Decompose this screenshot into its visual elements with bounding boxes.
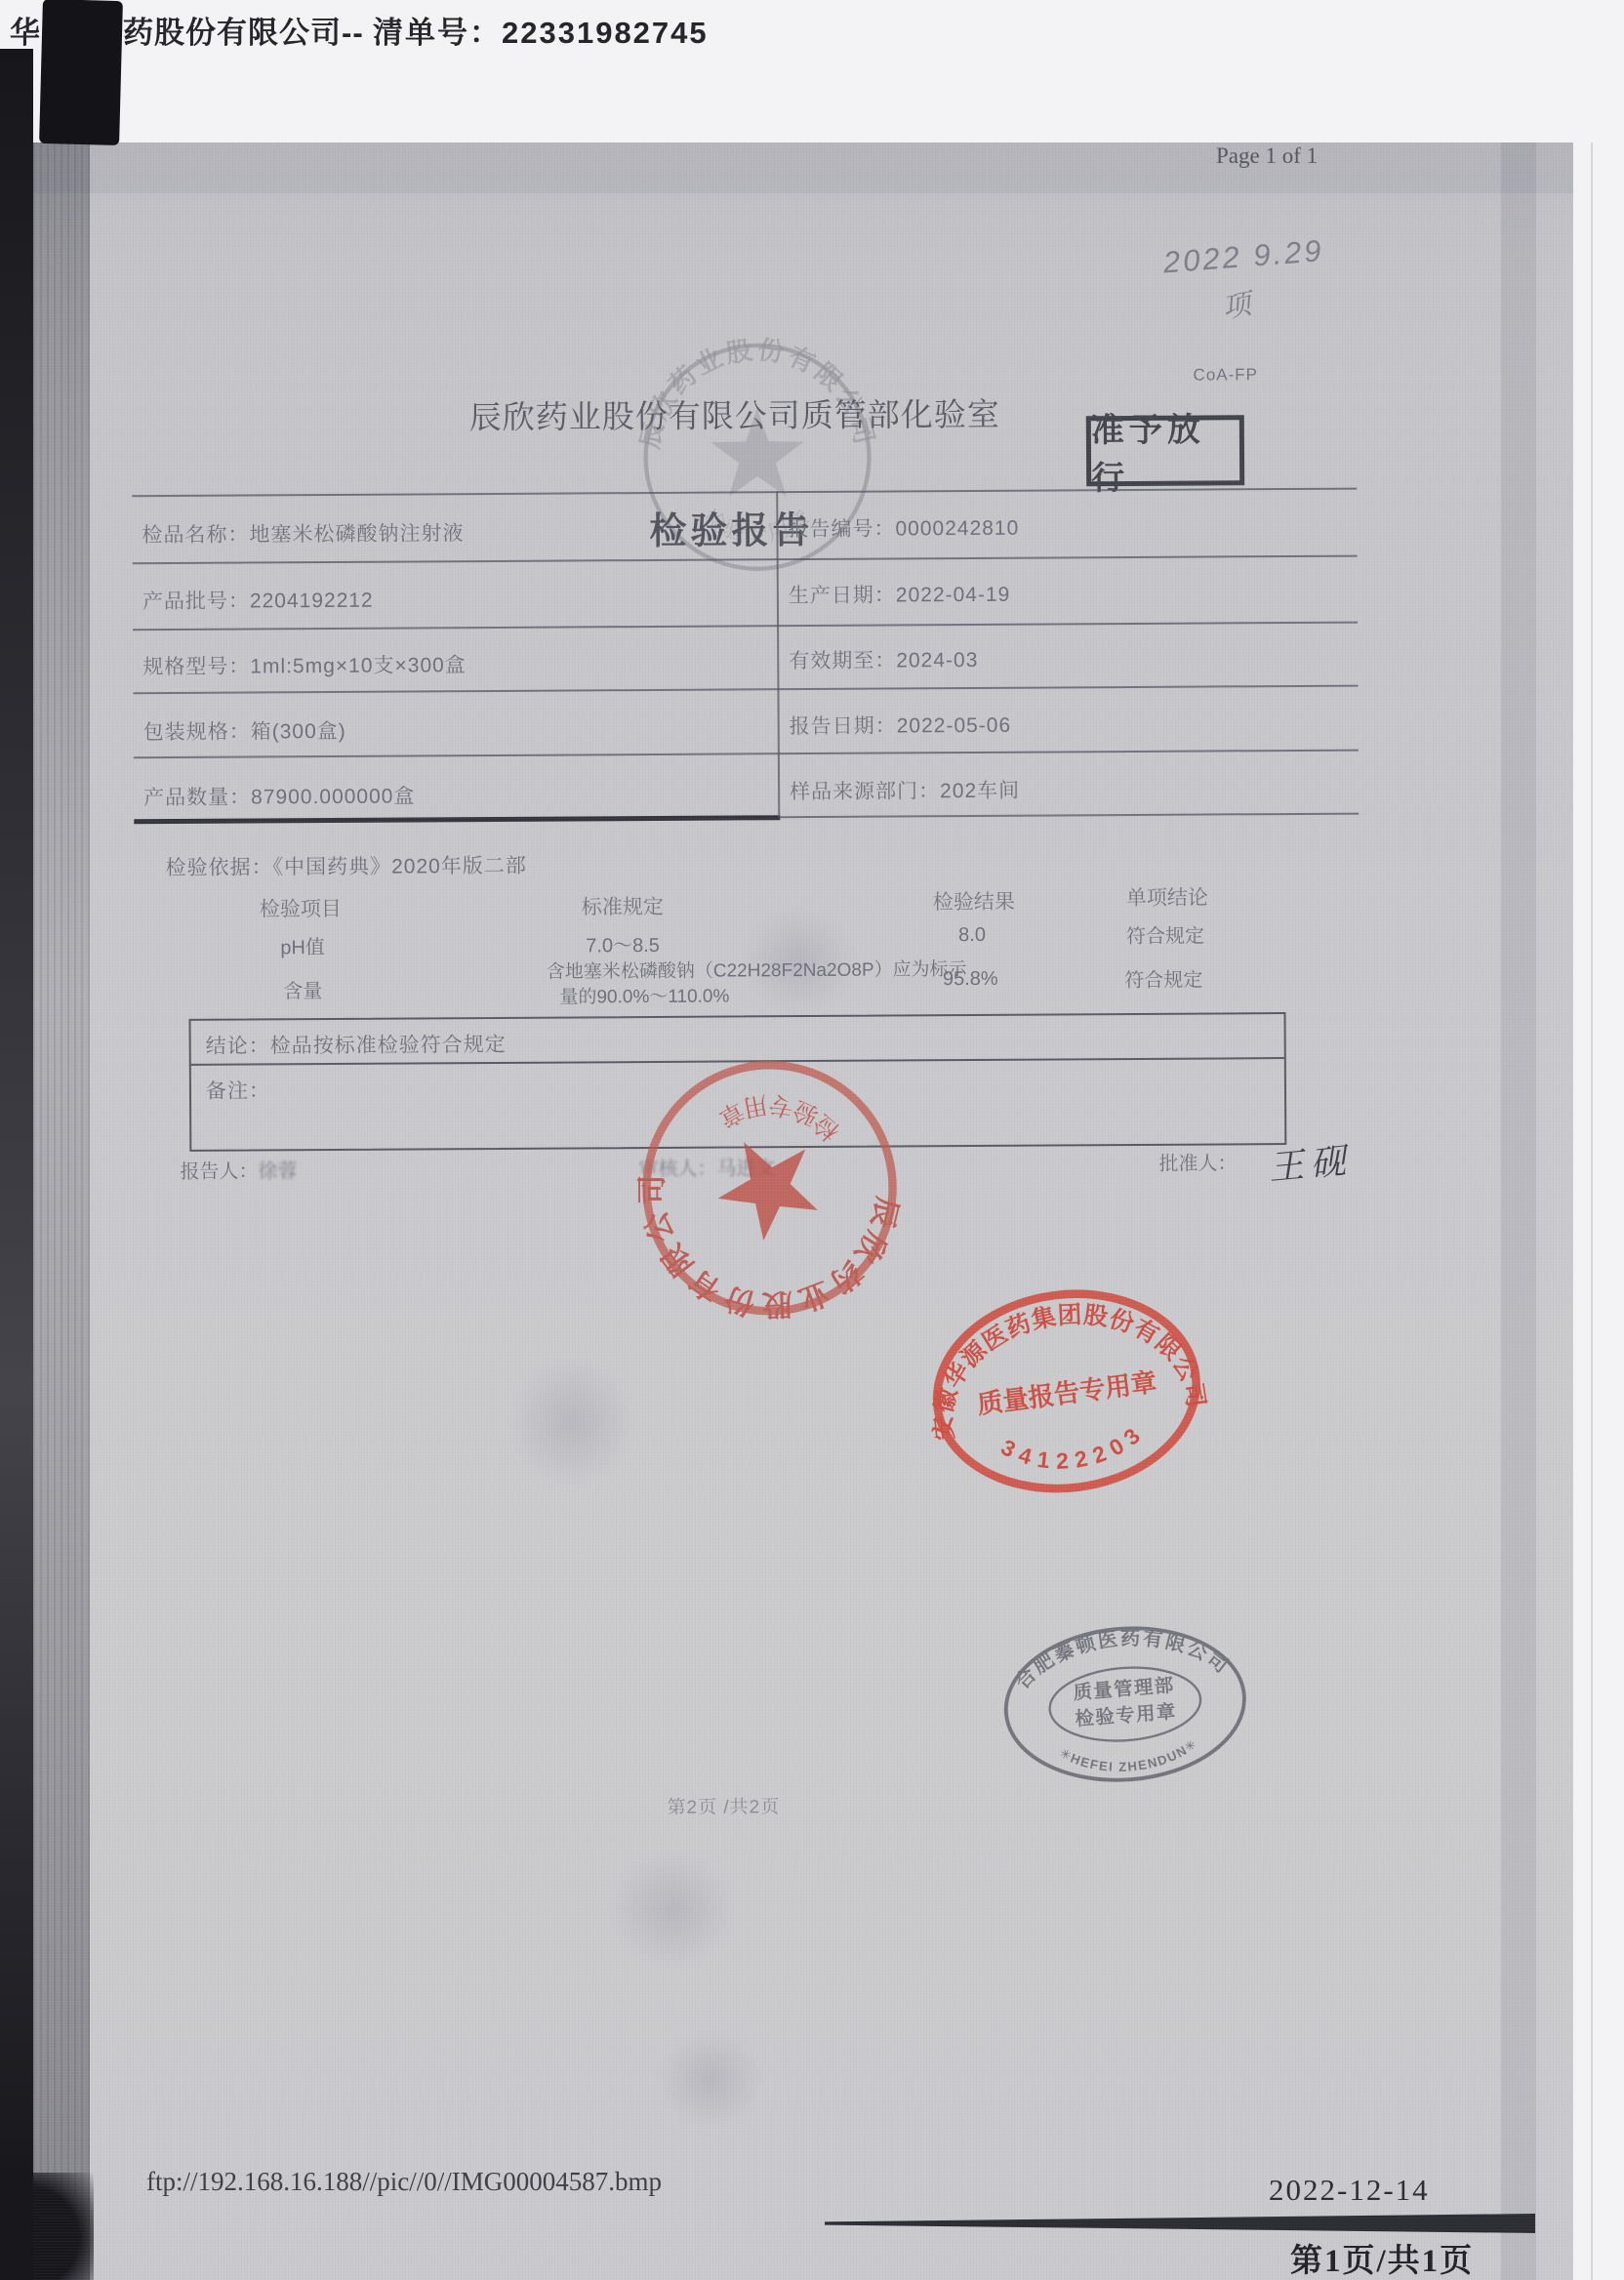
grey-oval-latin-text: ✳HEFEI ZHENDUN✳ bbox=[1056, 1735, 1201, 1779]
grey-oval-center-line2: 检验专用章 bbox=[1075, 1700, 1178, 1730]
document-layer: 辰欣药业股份有限公司 检验专用章 辰欣药业股份有限公司质管部化验室 CoA-FP… bbox=[0, 0, 1624, 2280]
info-cell-report-no: 报告编号：0000242810 bbox=[788, 512, 1019, 543]
grey-oval-center-line1: 质量管理部 bbox=[1073, 1674, 1176, 1704]
watermark-blob bbox=[609, 1850, 737, 1968]
info-label: 报告日期： bbox=[790, 714, 897, 738]
reporter-name: 徐蓉 bbox=[258, 1160, 297, 1182]
handwritten-initial: 项 bbox=[1219, 282, 1254, 327]
info-table-row-line bbox=[134, 750, 1359, 759]
info-value: 2022-05-06 bbox=[897, 714, 1012, 738]
info-value: 箱(300盒) bbox=[251, 720, 346, 744]
info-label: 有效期至： bbox=[789, 649, 896, 672]
info-table-bottom-thick-line bbox=[134, 815, 780, 824]
approver-signature: 王砚 bbox=[1266, 1133, 1354, 1191]
footer-date: 2022-12-14 bbox=[1269, 2173, 1430, 2208]
watermark-blob bbox=[508, 1358, 636, 1486]
red-oval-center-text: 质量报告专用章 bbox=[975, 1367, 1157, 1419]
info-label: 产品批号： bbox=[142, 590, 250, 614]
approver-label: 批准人： bbox=[1158, 1147, 1237, 1175]
info-label: 产品数量： bbox=[143, 787, 251, 810]
test-row-assay-item: 含量 bbox=[283, 975, 322, 1003]
info-label: 报告编号： bbox=[788, 517, 895, 541]
watermark-blob bbox=[740, 908, 858, 1016]
test-row-ph-result: 8.0 bbox=[958, 924, 986, 947]
info-cell-sample-source: 样品来源部门：202车间 bbox=[790, 775, 1020, 805]
info-table-bottom-line-right bbox=[780, 813, 1359, 819]
footer-page-number: 第1页/共1页 bbox=[1290, 2235, 1474, 2280]
red-oval-quality-stamp: 安徽华源医药集团股份有限公司 质量报告专用章 34122203 bbox=[923, 1282, 1209, 1501]
info-value: 0000242810 bbox=[895, 517, 1019, 541]
test-row-assay-standard-line2: 量的90.0%～110.0% bbox=[559, 982, 729, 1009]
test-header-standard: 标准规定 bbox=[582, 891, 664, 921]
release-stamp-label: 准予放行 bbox=[1091, 402, 1240, 499]
release-stamp: 准予放行 bbox=[1086, 415, 1244, 486]
info-cell-report-date: 报告日期：2022-05-06 bbox=[790, 710, 1012, 740]
reporter-label: 报告人： bbox=[180, 1160, 258, 1182]
svg-text:✳HEFEI ZHENDUN✳: ✳HEFEI ZHENDUN✳ bbox=[1056, 1735, 1201, 1779]
test-row-ph-standard: 7.0～8.5 bbox=[586, 929, 660, 957]
info-table-row-line bbox=[133, 622, 1358, 631]
svg-text:安徽华源医药集团股份有限公司: 安徽华源医药集团股份有限公司 bbox=[916, 1283, 1210, 1442]
coa-code: CoA-FP bbox=[1193, 365, 1258, 385]
inner-page-note: 第2页 /共2页 bbox=[667, 1792, 780, 1819]
info-label: 包装规格： bbox=[143, 721, 251, 745]
info-value: 2022-04-19 bbox=[896, 584, 1011, 607]
info-value: 2024-03 bbox=[896, 649, 978, 672]
info-cell-sample-name: 检品名称：地塞米松磷酸钠注射液 bbox=[142, 517, 464, 549]
info-value: 1ml:5mg×10支×300盒 bbox=[250, 654, 467, 677]
red-stamp-star-icon bbox=[713, 1140, 825, 1246]
remark-label: 备注： bbox=[206, 1075, 270, 1104]
info-label: 检品名称： bbox=[142, 524, 249, 548]
info-label: 生产日期： bbox=[789, 584, 896, 607]
red-oval-arc-text: 安徽华源医药集团股份有限公司 bbox=[916, 1283, 1210, 1442]
info-cell-prod-date: 生产日期：2022-04-19 bbox=[789, 579, 1011, 609]
info-cell-quantity: 产品数量：87900.000000盒 bbox=[143, 780, 415, 811]
test-row-ph-item: pH值 bbox=[280, 931, 325, 959]
reporter-line: 报告人：徐蓉 bbox=[180, 1155, 297, 1184]
footer-ftp-url: ftp://192.168.16.188//pic//0//IMG0000458… bbox=[146, 2167, 662, 2197]
info-value: 地塞米松磷酸钠注射液 bbox=[249, 522, 464, 546]
info-cell-expiry: 有效期至：2024-03 bbox=[789, 644, 978, 674]
test-header-conclusion: 单项结论 bbox=[1126, 882, 1208, 913]
scanned-inspection-report-page: 华 药股份有限公司-- 清单号：22331982745 Page 1 of 1 … bbox=[0, 0, 1624, 2280]
info-cell-spec: 规格型号：1ml:5mg×10支×300盒 bbox=[142, 649, 467, 680]
handwritten-date: 2022 9.29 bbox=[1162, 233, 1325, 280]
svg-text:检验专用章: 检验专用章 bbox=[708, 1083, 848, 1147]
inspection-basis: 检验依据：《中国药典》2020年版二部 bbox=[165, 850, 526, 881]
conclusion-label: 结论： bbox=[206, 1035, 270, 1057]
grey-oval-zhendun-stamp: 合肥蓁顿医药有限公司 质量管理部 检验专用章 ✳HEFEI ZHENDUN✳ bbox=[992, 1616, 1258, 1792]
test-header-item: 检验项目 bbox=[260, 893, 342, 923]
info-label: 样品来源部门： bbox=[790, 780, 940, 803]
info-value: 87900.000000盒 bbox=[251, 785, 415, 808]
test-header-result: 检验结果 bbox=[933, 886, 1015, 916]
red-round-stamp: 辰欣药业股份有限公司 检验专用章 bbox=[632, 1050, 908, 1325]
info-value: 202车间 bbox=[940, 780, 1020, 803]
red-stamp-arc-bottom-text: 检验专用章 bbox=[708, 1083, 848, 1147]
info-label: 规格型号： bbox=[142, 656, 250, 679]
test-row-ph-conclusion: 符合规定 bbox=[1126, 920, 1204, 949]
conclusion-text: 检品按标准检验符合规定 bbox=[270, 1034, 507, 1057]
info-value: 2204192212 bbox=[250, 590, 374, 613]
test-row-assay-conclusion: 符合规定 bbox=[1124, 964, 1202, 993]
test-row-assay-result: 95.8% bbox=[943, 968, 998, 991]
info-table-row-line bbox=[133, 685, 1358, 695]
info-cell-package: 包装规格：箱(300盒) bbox=[143, 715, 346, 746]
watermark-blob bbox=[657, 2030, 765, 2129]
info-cell-batch-no: 产品批号：2204192212 bbox=[142, 585, 374, 615]
org-title: 辰欣药业股份有限公司质管部化验室 bbox=[469, 389, 1000, 438]
conclusion-line: 结论：检品按标准检验符合规定 bbox=[206, 1029, 507, 1060]
